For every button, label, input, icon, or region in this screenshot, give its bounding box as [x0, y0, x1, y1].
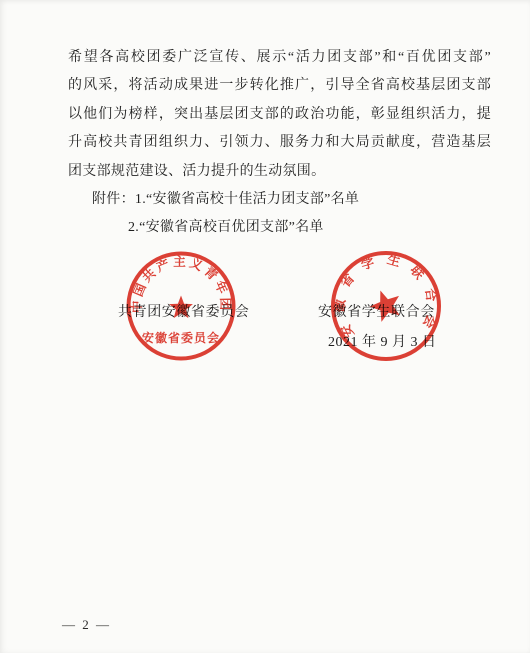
seal-arc-text: 安徽省学生联合会	[331, 251, 440, 340]
attachment-line: 附件：1.“安徽省高校十佳活力团支部”名单	[68, 186, 491, 214]
official-seal-left: 中国共产主义青年团 安徽省委员会	[124, 249, 238, 363]
body-line: 以他们为榜样，突出基层团支部的政治功能，彰显组织活力，提	[68, 101, 491, 129]
seal-bottom-text: 安徽省委员会	[142, 330, 220, 345]
star-icon	[169, 296, 193, 319]
attachment-item: 1.“安徽省高校十佳活力团支部”名单	[135, 186, 359, 214]
attachment-label: 附件：	[92, 186, 135, 214]
page-number: — 2 —	[62, 617, 111, 633]
body-line: 希望各高校团委广泛宣传、展示“活力团支部”和“百优团支部”	[68, 44, 491, 72]
body-line: 的风采，将活动成果进一步转化推广，引导全省高校基层团支部	[68, 72, 491, 100]
document-body: 希望各高校团委广泛宣传、展示“活力团支部”和“百优团支部” 的风采，将活动成果进…	[68, 44, 491, 243]
body-line: 升高校共青团组织力、引领力、服务力和大局贡献度，营造基层	[68, 129, 491, 157]
star-icon	[366, 285, 406, 324]
attachment-line: 2.“安徽省高校百优团支部”名单	[68, 214, 491, 242]
attachment-item: 2.“安徽省高校百优团支部”名单	[128, 220, 324, 235]
body-line: 团支部规范建设、活力提升的生动氛围。	[68, 158, 491, 186]
document-page: 希望各高校团委广泛宣传、展示“活力团支部”和“百优团支部” 的风采，将活动成果进…	[0, 0, 530, 653]
official-seal-right: 安徽省学生联合会	[328, 248, 444, 364]
